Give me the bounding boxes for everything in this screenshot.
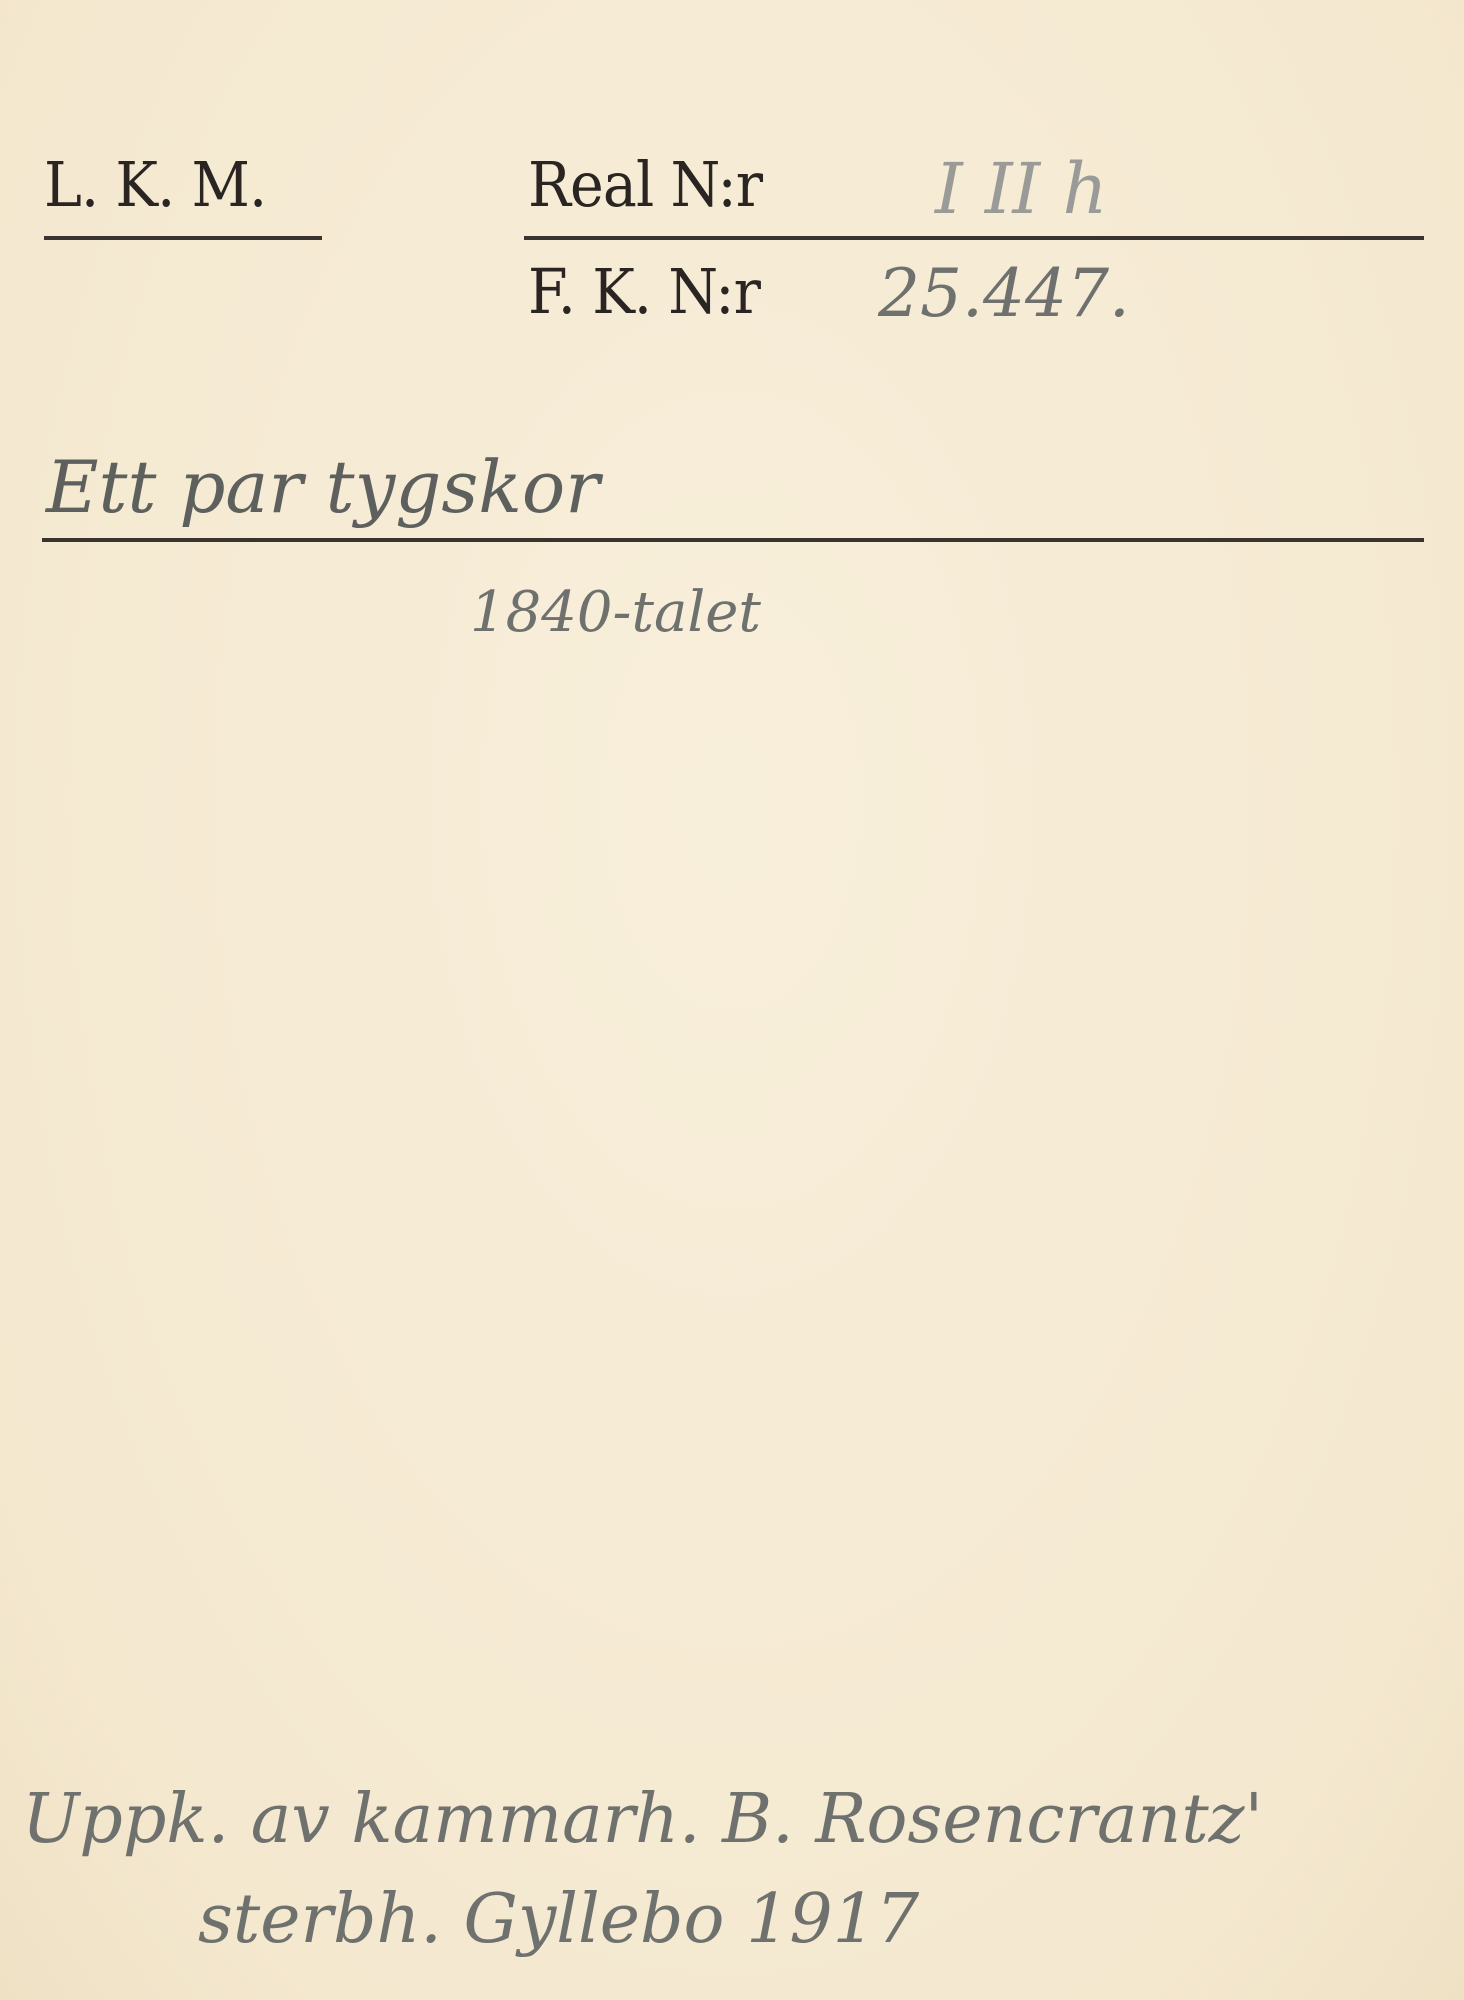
provenance-line-2: sterbh. Gyllebo 1917: [198, 1880, 919, 1959]
institution-label: L. K. M.: [44, 148, 266, 221]
institution-underline: [44, 236, 322, 240]
real-nr-label: Real N:r: [528, 148, 762, 221]
fk-nr-label: F. K. N:r: [528, 255, 760, 328]
title-rule: [42, 538, 1424, 542]
catalog-card: L. K. M. Real N:r I II h F. K. N:r 25.44…: [0, 0, 1464, 2000]
dating: 1840-talet: [470, 580, 761, 645]
object-title: Ett par tygskor: [46, 445, 600, 529]
provenance-line-1: Uppk. av kammarh. B. Rosencrantz': [22, 1780, 1263, 1859]
fk-nr-value: 25.447.: [878, 255, 1130, 332]
header-rule: [524, 236, 1424, 240]
real-nr-value: I II h: [935, 148, 1108, 230]
